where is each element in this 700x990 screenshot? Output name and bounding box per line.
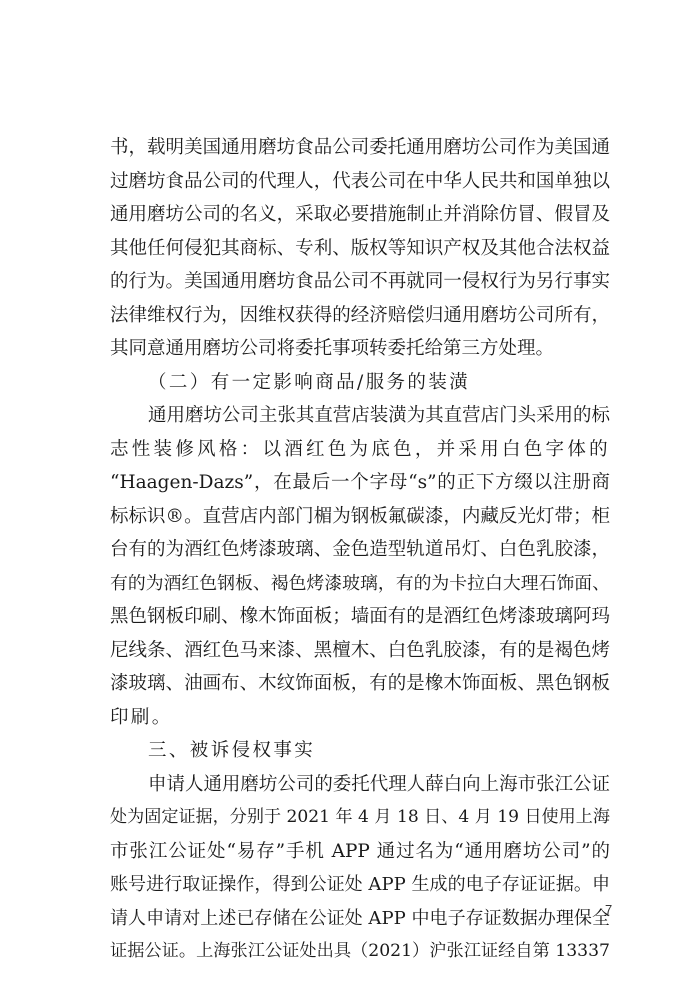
page-number: 7 — [605, 902, 612, 917]
text-line: 请人申请对上述已存储在公证处 APP 中电子存证数据办理保全 — [110, 902, 610, 936]
text-line: 标标识®。直营店内部门楣为钢板氟碳漆，内藏反光灯带；柜 — [110, 500, 610, 534]
text-line: 申请人通用磨坊公司的委托代理人薛白向上海市张江公证 — [110, 768, 610, 802]
text-line: 其他任何侵犯其商标、专利、版权等知识产权及其他合法权益 — [110, 232, 610, 266]
document-body: 书，载明美国通用磨坊食品公司委托通用磨坊公司作为美国通过磨坊食品公司的代理人，代… — [110, 131, 610, 969]
text-line: 有的为酒红色钢板、褐色烤漆玻璃，有的为卡拉白大理石饰面、 — [110, 567, 610, 601]
text-line: 市张江公证处“易存”手机 APP 通过名为“通用磨坊公司”的 — [110, 835, 610, 869]
text-line: “Haagen-Dazs”，在最后一个字母“s”的正下方缀以注册商 — [110, 466, 610, 500]
text-line: 黑色钢板印刷、橡木饰面板；墙面有的是酒红色烤漆玻璃阿玛 — [110, 600, 610, 634]
text-line: 台有的为酒红色烤漆玻璃、金色造型轨道吊灯、白色乳胶漆， — [110, 533, 610, 567]
text-line: 三、被诉侵权事实 — [110, 734, 610, 768]
text-line: 其同意通用磨坊公司将委托事项转委托给第三方处理。 — [110, 332, 610, 366]
text-line: 处为固定证据，分别于 2021 年 4 月 18 日、4 月 19 日使用上海 — [110, 801, 610, 835]
text-line: 通用磨坊公司主张其直营店装潢为其直营店门头采用的标 — [110, 399, 610, 433]
text-line: 的行为。美国通用磨坊食品公司不再就同一侵权行为另行事实 — [110, 265, 610, 299]
text-line: （二）有一定影响商品/服务的装潢 — [110, 366, 610, 400]
text-line: 志性装修风格：以酒红色为底色，并采用白色字体的 — [110, 433, 610, 467]
text-line: 印刷。 — [110, 701, 610, 735]
text-line: 书，载明美国通用磨坊食品公司委托通用磨坊公司作为美国通 — [110, 131, 610, 165]
text-line: 过磨坊食品公司的代理人，代表公司在中华人民共和国单独以 — [110, 165, 610, 199]
document-page: 书，载明美国通用磨坊食品公司委托通用磨坊公司作为美国通过磨坊食品公司的代理人，代… — [0, 0, 700, 990]
text-line: 账号进行取证操作，得到公证处 APP 生成的电子存证证据。申 — [110, 868, 610, 902]
text-line: 证据公证。上海张江公证处出具（2021）沪张江证经自第 13337 — [110, 935, 610, 969]
text-line: 漆玻璃、油画布、木纹饰面板，有的是橡木饰面板、黑色钢板 — [110, 667, 610, 701]
text-line: 尼线条、酒红色马来漆、黑檀木、白色乳胶漆，有的是褐色烤 — [110, 634, 610, 668]
text-line: 通用磨坊公司的名义，采取必要措施制止并消除仿冒、假冒及 — [110, 198, 610, 232]
text-line: 法律维权行为，因维权获得的经济赔偿归通用磨坊公司所有， — [110, 299, 610, 333]
